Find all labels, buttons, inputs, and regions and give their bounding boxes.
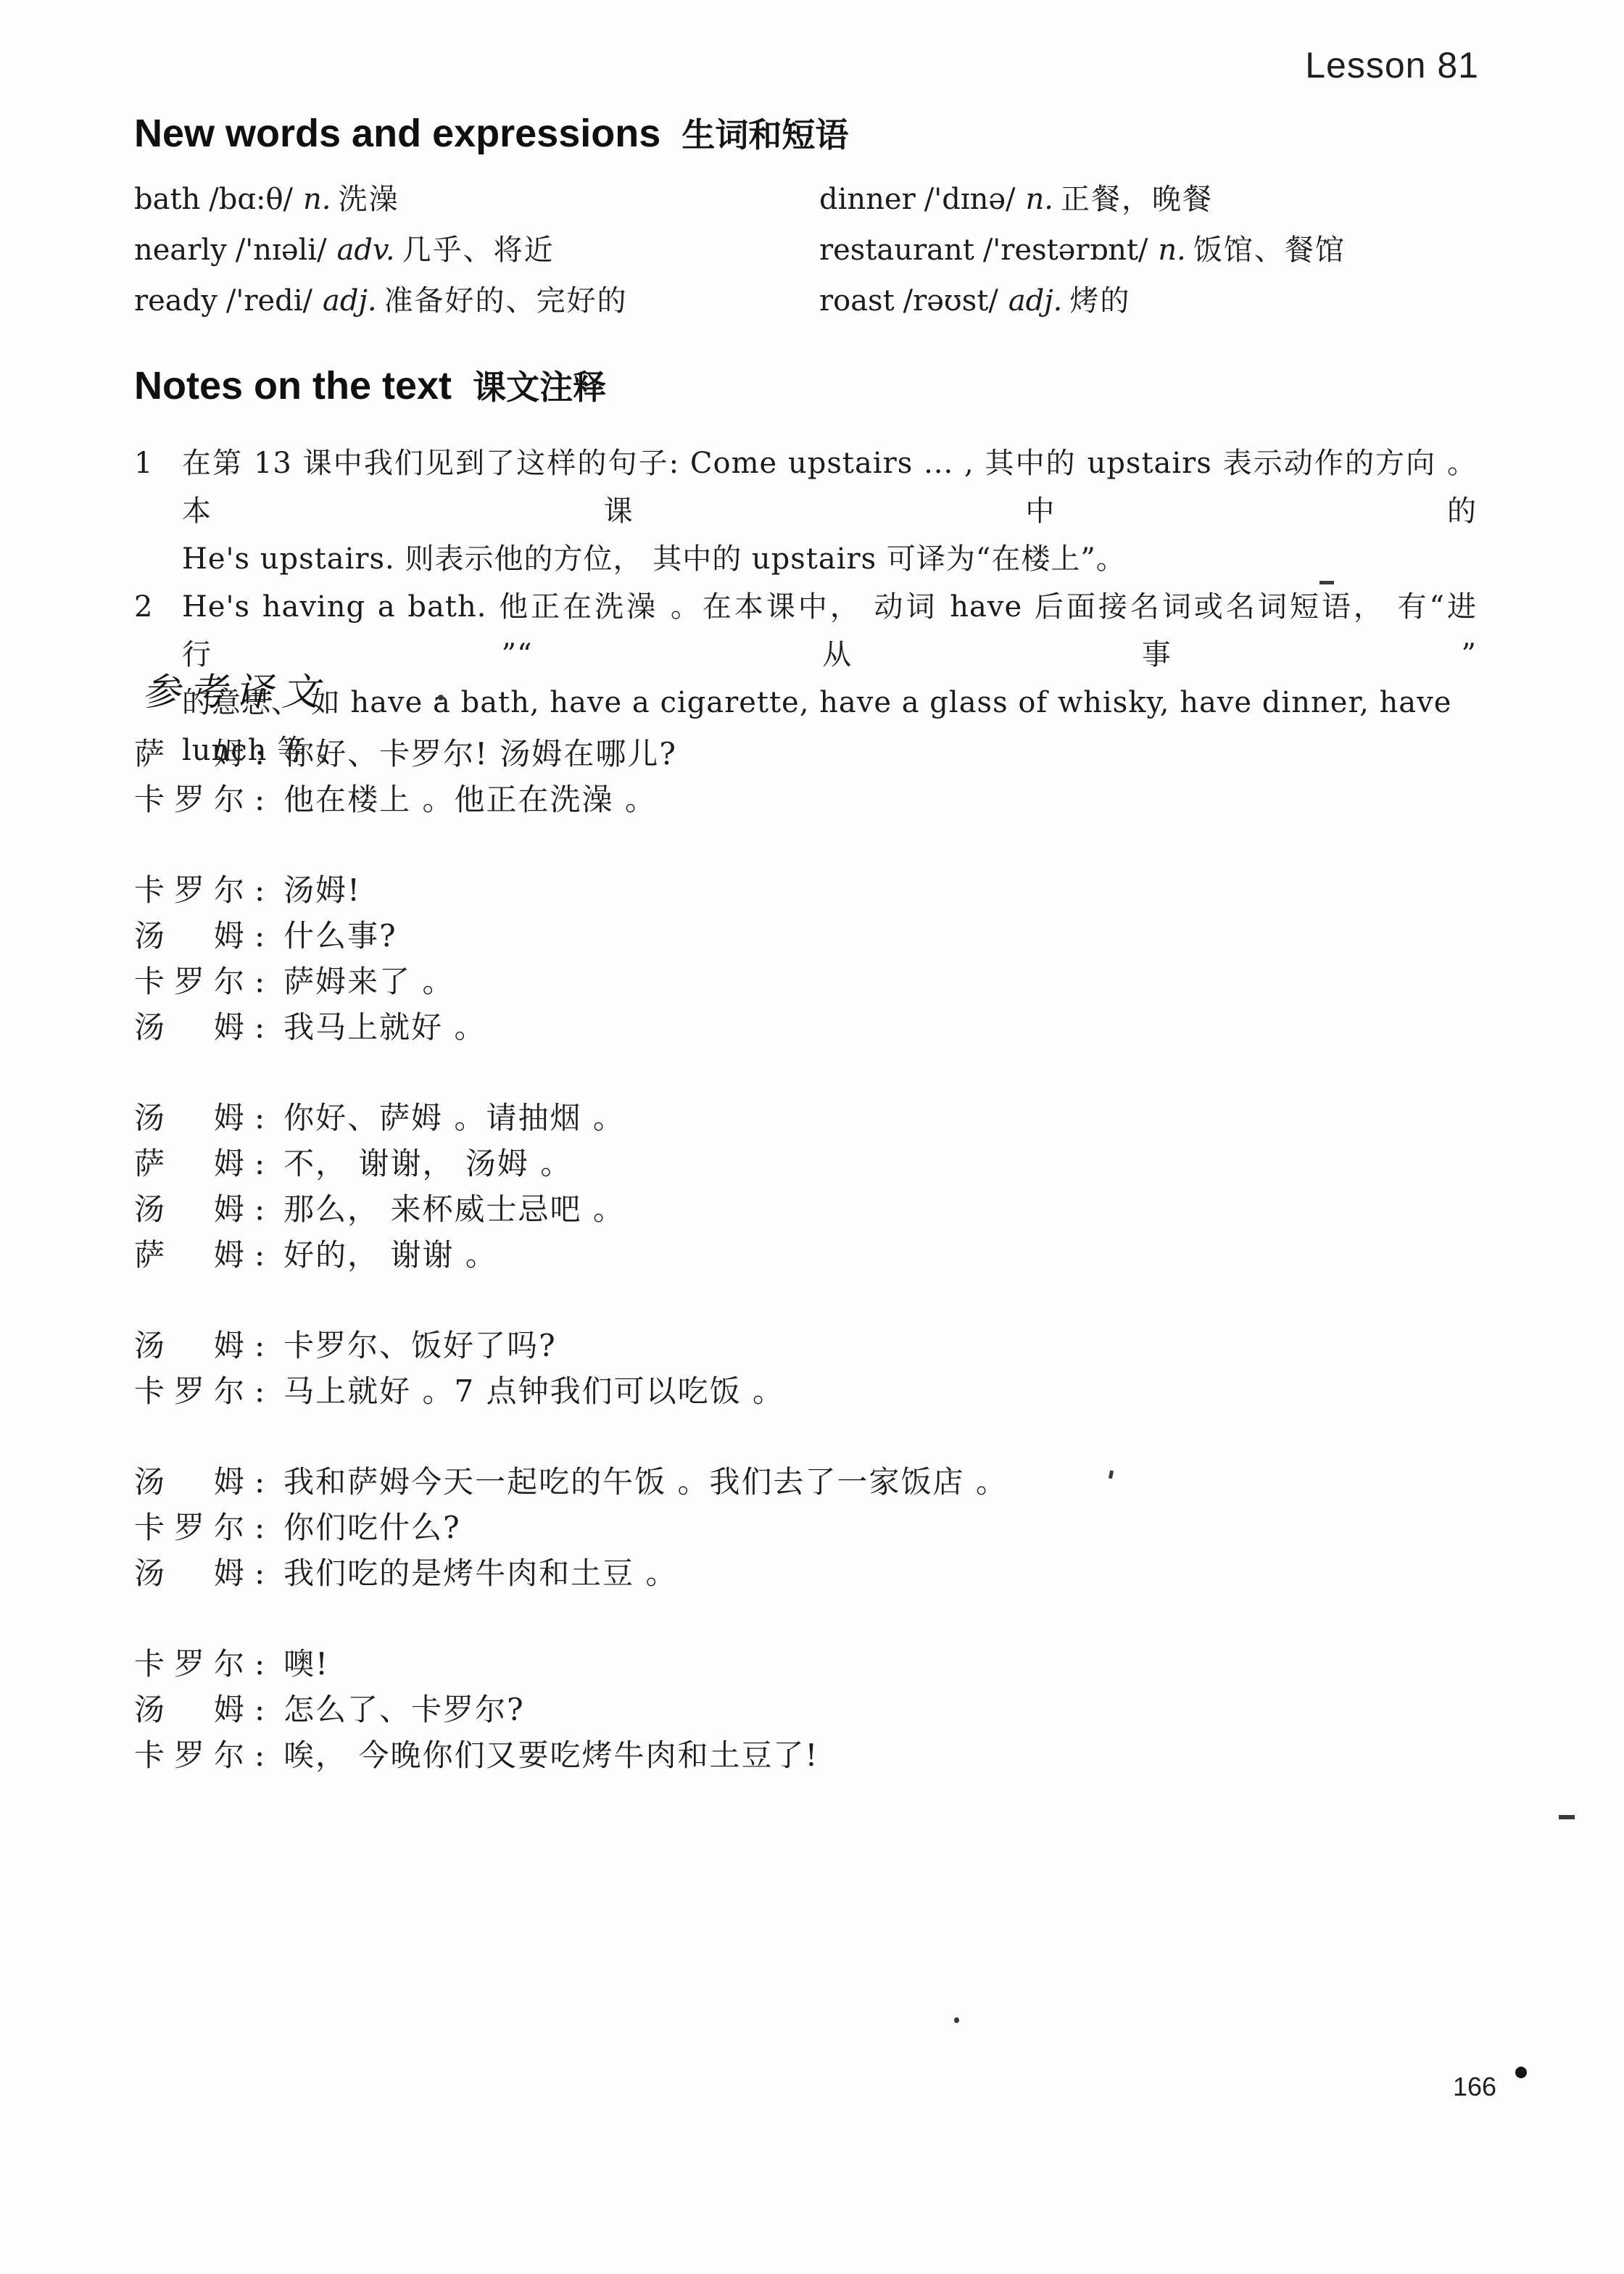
dialogue-text: 什么事? (283, 918, 397, 954)
vocab-word: ready (134, 284, 217, 318)
speaker-name: 卡罗尔 (134, 1732, 244, 1778)
speaker-name: 汤姆 (134, 1323, 244, 1368)
vocab-entry: bath/bɑ:θ/n.洗澡 (134, 174, 819, 225)
dialogue-text: 你好、萨姆 。请抽烟 。 (283, 1100, 625, 1136)
vocab-phonetic: /'nɪəli/ (236, 233, 327, 267)
speaker-name: 卡罗尔 (134, 777, 244, 822)
speaker-colon: : (254, 1550, 265, 1596)
dialogue-text: 卡罗尔、饭好了吗? (283, 1328, 557, 1363)
dialogue-line: 卡罗尔:马上就好 。7 点钟我们可以吃饭 。 (134, 1368, 1008, 1414)
dialogue-text: 马上就好 。7 点钟我们可以吃饭 。 (283, 1373, 784, 1409)
speaker-name: 卡罗尔 (134, 1368, 244, 1414)
textbook-page: Lesson 81 New words and expressions 生词和短… (0, 0, 1624, 2274)
speaker-name: 汤姆 (134, 1095, 244, 1141)
dialogue-text: 我们吃的是烤牛肉和土豆 。 (283, 1555, 677, 1591)
ink-speckle (1319, 581, 1334, 584)
dialogue-line: 萨姆:好的， 谢谢 。 (134, 1232, 1008, 1278)
speaker-name: 汤姆 (134, 1186, 244, 1232)
vocab-entry: dinner/'dɪnə/n.正餐，晚餐 (819, 174, 1504, 225)
speaker-colon: : (254, 1141, 265, 1186)
vocab-col-right: dinner/'dɪnə/n.正餐，晚餐restaurant/'restərɒn… (819, 174, 1504, 326)
dialogue-text: 汤姆! (283, 872, 361, 908)
dialogue-text: 怎么了、卡罗尔? (283, 1692, 525, 1727)
dialogue: 萨姆:你好、卡罗尔! 汤姆在哪儿?卡罗尔:他在楼上 。他正在洗澡 。卡罗尔:汤姆… (134, 731, 1008, 1823)
dialogue-line: 汤姆:那么， 来杯威士忌吧 。 (134, 1186, 1008, 1232)
vocab-gloss: 几乎、将近 (402, 233, 555, 267)
vocab-word: nearly (134, 233, 227, 267)
new-words-heading-en: New words and expressions (134, 112, 660, 155)
vocab-gloss: 洗澡 (339, 183, 399, 216)
speaker-colon: : (254, 1186, 265, 1232)
dialogue-text: 萨姆来了 。 (283, 964, 454, 999)
notes-heading-en: Notes on the text (134, 364, 452, 408)
bullet-dot (1515, 2067, 1527, 2078)
vocab-entry: ready/'redi/adj.准备好的、完好的 (134, 276, 819, 326)
dialogue-line: 卡罗尔:他在楼上 。他正在洗澡 。 (134, 777, 1008, 822)
dialogue-line: 汤姆:怎么了、卡罗尔? (134, 1687, 1008, 1732)
note-number: 2 (134, 583, 182, 631)
vocab-part-of-speech: adv. (337, 233, 395, 267)
vocab-part-of-speech: n. (1026, 183, 1053, 216)
vocab-entry: restaurant/'restərɒnt/n.饭馆、餐馆 (819, 225, 1504, 276)
ink-speckle (1559, 1815, 1575, 1819)
speaker-name: 卡罗尔 (134, 1641, 244, 1687)
speaker-name: 萨姆 (134, 731, 244, 777)
speaker-colon: : (254, 1004, 265, 1050)
vocab-word: restaurant (819, 233, 974, 267)
notes-heading: Notes on the text 课文注释 (134, 361, 606, 409)
vocab-phonetic: /rəʊst/ (903, 284, 998, 318)
vocab-word: roast (819, 284, 895, 318)
vocab-part-of-speech: adj. (1008, 284, 1063, 318)
dialogue-paragraph: 卡罗尔:噢!汤姆:怎么了、卡罗尔?卡罗尔:唉， 今晚你们又要吃烤牛肉和土豆了! (134, 1641, 1008, 1778)
dialogue-paragraph: 汤姆:卡罗尔、饭好了吗?卡罗尔:马上就好 。7 点钟我们可以吃饭 。 (134, 1323, 1008, 1414)
speaker-colon: : (254, 731, 265, 777)
dialogue-line: 卡罗尔:你们吃什么? (134, 1505, 1008, 1550)
vocab-part-of-speech: adj. (323, 284, 377, 318)
dialogue-text: 噢! (283, 1646, 329, 1682)
vocab-list: bath/bɑ:θ/n.洗澡nearly/'nɪəli/adv.几乎、将近rea… (134, 174, 1497, 326)
dialogue-paragraph: 卡罗尔:汤姆!汤姆:什么事?卡罗尔:萨姆来了 。汤姆:我马上就好 。 (134, 867, 1008, 1050)
vocab-part-of-speech: n. (303, 183, 331, 216)
vocab-part-of-speech: n. (1158, 233, 1185, 267)
speaker-name: 汤姆 (134, 1004, 244, 1050)
speaker-colon: : (254, 959, 265, 1004)
dialogue-line: 萨姆:不， 谢谢， 汤姆 。 (134, 1141, 1008, 1186)
speaker-name: 卡罗尔 (134, 1505, 244, 1550)
speaker-colon: : (254, 1687, 265, 1732)
dialogue-line: 汤姆:我们吃的是烤牛肉和土豆 。 (134, 1550, 1008, 1596)
speaker-name: 汤姆 (134, 1459, 244, 1505)
ink-speckle (954, 2017, 959, 2023)
dialogue-text: 你好、卡罗尔! 汤姆在哪儿? (283, 736, 677, 772)
vocab-col-left: bath/bɑ:θ/n.洗澡nearly/'nɪəli/adv.几乎、将近rea… (134, 174, 819, 326)
dialogue-line: 汤姆:你好、萨姆 。请抽烟 。 (134, 1095, 1008, 1141)
speaker-name: 萨姆 (134, 1232, 244, 1278)
dialogue-paragraph: 萨姆:你好、卡罗尔! 汤姆在哪儿?卡罗尔:他在楼上 。他正在洗澡 。 (134, 731, 1008, 822)
dialogue-line: 萨姆:你好、卡罗尔! 汤姆在哪儿? (134, 731, 1008, 777)
dialogue-paragraph: 汤姆:你好、萨姆 。请抽烟 。萨姆:不， 谢谢， 汤姆 。汤姆:那么， 来杯威士… (134, 1095, 1008, 1278)
vocab-gloss: 正餐，晚餐 (1061, 183, 1213, 216)
speaker-colon: : (254, 1459, 265, 1505)
vocab-entry: roast/rəʊst/adj.烤的 (819, 276, 1504, 326)
speaker-colon: : (254, 1641, 265, 1687)
dialogue-line: 汤姆:我马上就好 。 (134, 1004, 1008, 1050)
vocab-phonetic: /bɑ:θ/ (209, 183, 293, 216)
note-text-line: He's having a bath. 他正在洗澡 。在本课中， 动词 have… (182, 583, 1477, 679)
dialogue-line: 汤姆:卡罗尔、饭好了吗? (134, 1323, 1008, 1368)
speaker-colon: : (254, 1732, 265, 1778)
dialogue-text: 我马上就好 。 (283, 1009, 486, 1045)
dialogue-text: 好的， 谢谢 。 (283, 1237, 497, 1273)
speaker-colon: : (254, 1323, 265, 1368)
dialogue-line: 卡罗尔:噢! (134, 1641, 1008, 1687)
vocab-gloss: 饭馆、餐馆 (1193, 233, 1346, 267)
speaker-name: 萨姆 (134, 1141, 244, 1186)
speaker-name: 汤姆 (134, 913, 244, 959)
ink-speckle (1109, 1471, 1114, 1479)
speaker-name: 汤姆 (134, 1550, 244, 1596)
speaker-name: 汤姆 (134, 1687, 244, 1732)
speaker-colon: : (254, 1095, 265, 1141)
vocab-gloss: 烤的 (1069, 284, 1130, 318)
dialogue-line: 卡罗尔:萨姆来了 。 (134, 959, 1008, 1004)
speaker-colon: : (254, 1232, 265, 1278)
speaker-name: 卡罗尔 (134, 959, 244, 1004)
dialogue-text: 你们吃什么? (283, 1510, 461, 1545)
note-text-line: 在第 13 课中我们见到了这样的句子: Come upstairs ... , … (182, 439, 1477, 535)
note-body: 在第 13 课中我们见到了这样的句子: Come upstairs ... , … (182, 439, 1477, 583)
vocab-gloss: 准备好的、完好的 (384, 284, 628, 318)
note-item: 1在第 13 课中我们见到了这样的句子: Come upstairs ... ,… (134, 439, 1477, 583)
new-words-heading-zh: 生词和短语 (681, 115, 848, 154)
speaker-colon: : (254, 867, 265, 913)
dialogue-line: 卡罗尔:汤姆! (134, 867, 1008, 913)
speaker-colon: : (254, 1368, 265, 1414)
note-number: 1 (134, 439, 182, 487)
note-text-line: He's upstairs. 则表示他的方位， 其中的 upstairs 可译为… (182, 535, 1477, 583)
vocab-word: bath (134, 183, 200, 216)
dialogue-paragraph: 汤姆:我和萨姆今天一起吃的午饭 。我们去了一家饭店 。卡罗尔:你们吃什么?汤姆:… (134, 1459, 1008, 1596)
vocab-entry: nearly/'nɪəli/adv.几乎、将近 (134, 225, 819, 276)
dialogue-text: 唉， 今晚你们又要吃烤牛肉和土豆了! (283, 1737, 819, 1773)
page-number: 166 (1453, 2074, 1496, 2100)
vocab-phonetic: /'restərɒnt/ (983, 233, 1148, 267)
speaker-colon: : (254, 777, 265, 822)
dialogue-text: 不， 谢谢， 汤姆 。 (283, 1146, 572, 1181)
vocab-word: dinner (819, 183, 916, 216)
speaker-name: 卡罗尔 (134, 867, 244, 913)
vocab-phonetic: /'dɪnə/ (924, 183, 1016, 216)
speaker-colon: : (254, 1505, 265, 1550)
dialogue-line: 汤姆:我和萨姆今天一起吃的午饭 。我们去了一家饭店 。 (134, 1459, 1008, 1505)
notes-list: 1在第 13 课中我们见到了这样的句子: Come upstairs ... ,… (134, 439, 1477, 774)
dialogue-line: 汤姆:什么事? (134, 913, 1008, 959)
notes-heading-zh: 课文注释 (473, 368, 606, 407)
lesson-label: Lesson 81 (1305, 46, 1479, 84)
dialogue-text: 我和萨姆今天一起吃的午饭 。我们去了一家饭店 。 (283, 1464, 1008, 1500)
dialogue-text: 他在楼上 。他正在洗澡 。 (283, 782, 657, 817)
ink-speckle (438, 695, 444, 700)
vocab-phonetic: /'redi/ (226, 284, 312, 318)
dialogue-line: 卡罗尔:唉， 今晚你们又要吃烤牛肉和土豆了! (134, 1732, 1008, 1778)
new-words-heading: New words and expressions 生词和短语 (134, 109, 848, 157)
translation-heading: 参考译文 (142, 669, 328, 716)
dialogue-text: 那么， 来杯威士忌吧 。 (283, 1191, 625, 1227)
speaker-colon: : (254, 913, 265, 959)
